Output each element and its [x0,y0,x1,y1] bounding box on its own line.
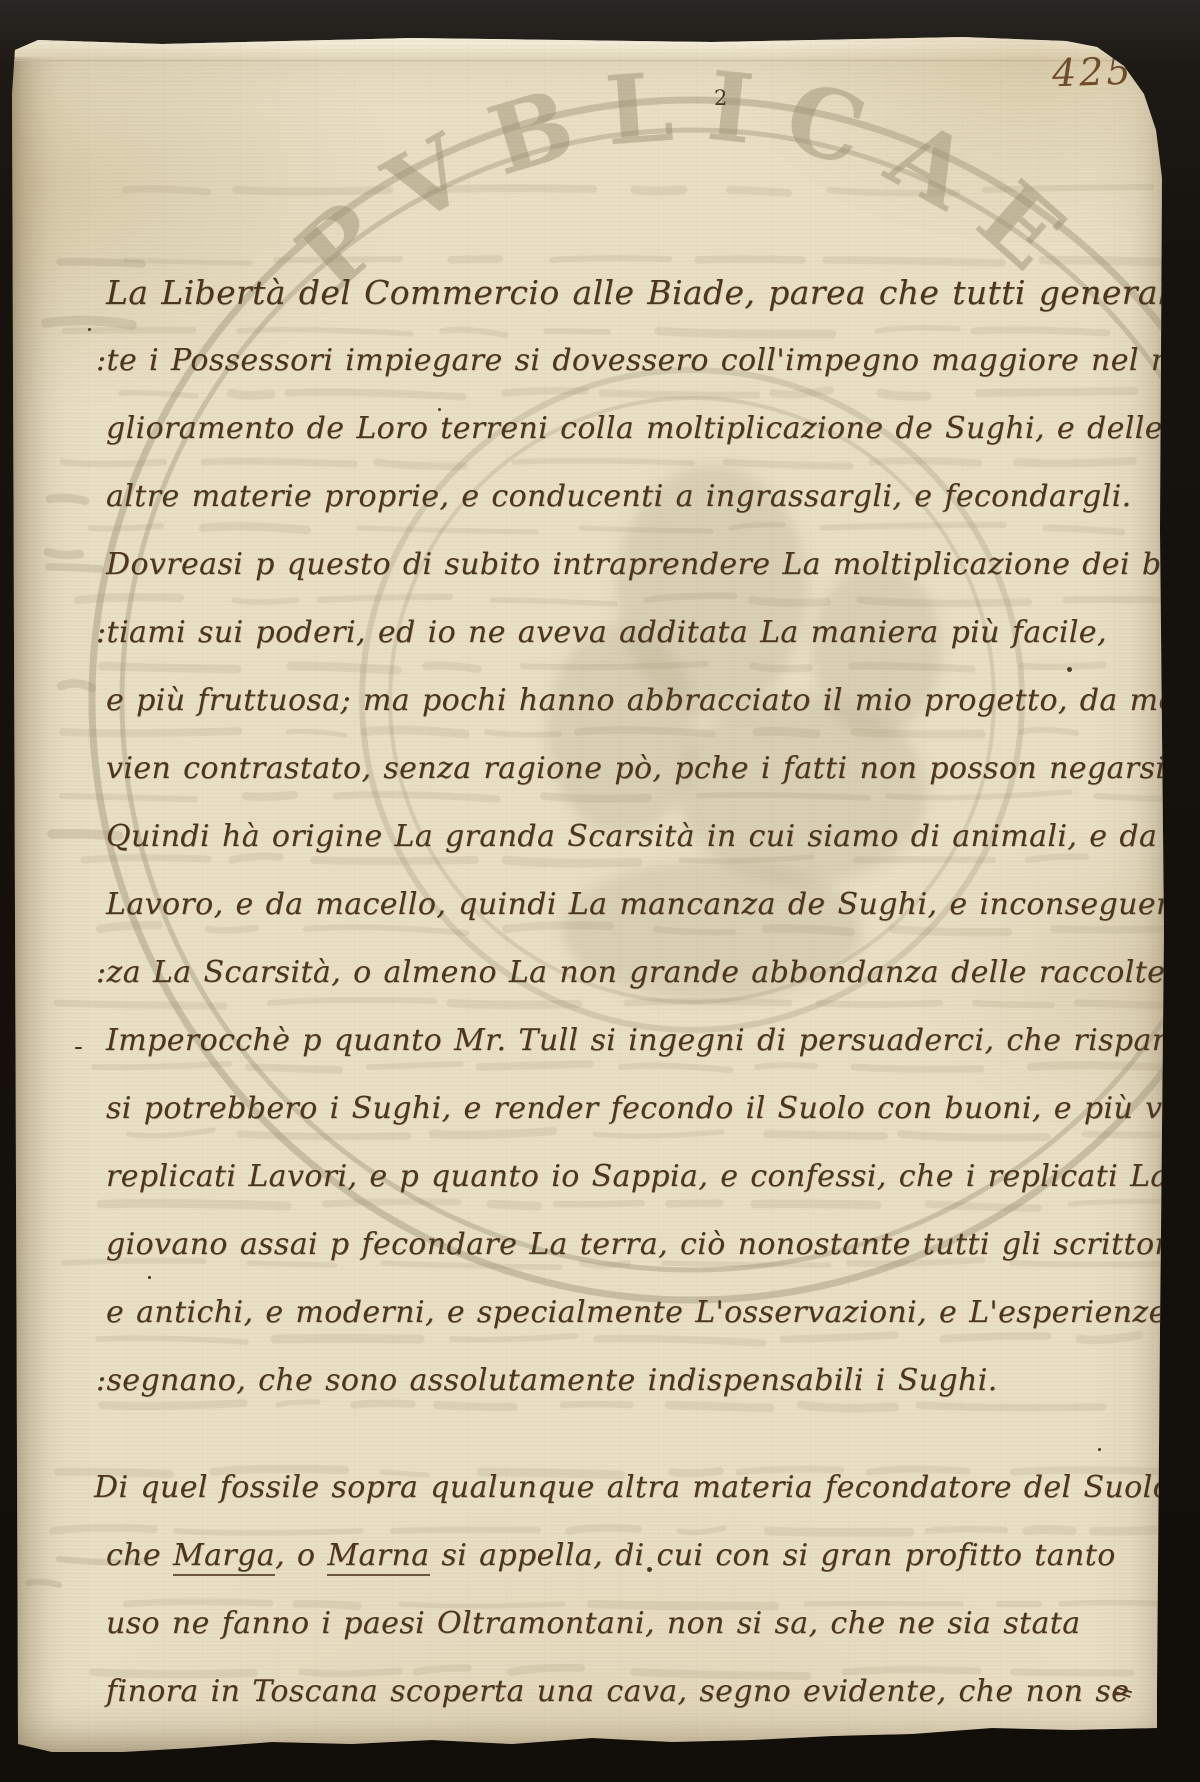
manuscript-line: e antichi, e moderni, e specialmente L'o… [106,1279,1150,1347]
underlined-word-marga: Marga [173,1538,275,1576]
paragraph-gap [106,1415,1150,1454]
manuscript-line: uso ne fanno i paesi Oltramontani, non s… [106,1590,1150,1658]
manuscript-line: Di quel fossile sopra qualunque altra ma… [94,1454,1150,1522]
line-fragment: , o [275,1538,327,1573]
manuscript-line: :tiami sui poderi, ed io ne aveva addita… [96,599,1150,667]
manuscript-line: glioramento de Loro terreni colla moltip… [106,395,1150,463]
manuscript-line: che Marga, o Marna si appella, di cui co… [106,1522,1150,1590]
folio-number: 425 [1051,49,1134,96]
manuscript-line: altre materie proprie, e conducenti a in… [106,463,1150,531]
dust-specks [88,328,91,331]
photo-background: PVBLICAE 2 425 - La Libertà del Commerci… [0,0,1200,1782]
paragraph-1: La Libertà del Commercio alle Biade, par… [106,259,1150,1415]
manuscript-line: replicati Lavori, e p quanto io Sappia, … [106,1143,1150,1211]
line-fragment: che [106,1538,173,1573]
manuscript-line: si potrebbero i Sughi, e render fecondo … [106,1075,1150,1143]
line-fragment: si appella, di cui con si gran profitto … [430,1538,1116,1573]
manuscript-line: :za La Scarsità, o almeno La non grande … [96,939,1150,1007]
manuscript-line: e più fruttuosa; ma pochi hanno abbracci… [106,667,1150,735]
manuscript-line: finora in Toscana scoperta una cava, seg… [106,1658,1150,1726]
manuscript-line: Lavoro, e da macello, quindi La mancanza… [106,871,1150,939]
manuscript-line: :te i Possessori impiegare si dovessero … [96,327,1150,395]
manuscript-page: PVBLICAE 2 425 - La Libertà del Commerci… [12,30,1168,1758]
manuscript-line: giovano assai p fecondare La terra, ciò … [106,1211,1150,1279]
manuscript-line: Imperocchè p quanto Mr. Tull si ingegni … [106,1007,1150,1075]
margin-dash-mark: - [74,1032,83,1062]
manuscript-line: La Libertà del Commercio alle Biade, par… [106,259,1150,327]
manuscript-line: Dovreasi p questo di subito intraprender… [106,531,1150,599]
manuscript-line: vien contrastato, senza ragione pò, pche… [106,735,1150,803]
manuscript-text: La Libertà del Commercio alle Biade, par… [106,259,1150,1726]
paragraph-2: Di quel fossile sopra qualunque altra ma… [106,1454,1150,1726]
page-number: 2 [714,86,727,110]
underlined-word-marna: Marna [327,1538,429,1576]
manuscript-line: Quindi hà origine La granda Scarsità in … [106,803,1150,871]
manuscript-line: :segnano, che sono assolutamente indispe… [96,1347,1150,1415]
